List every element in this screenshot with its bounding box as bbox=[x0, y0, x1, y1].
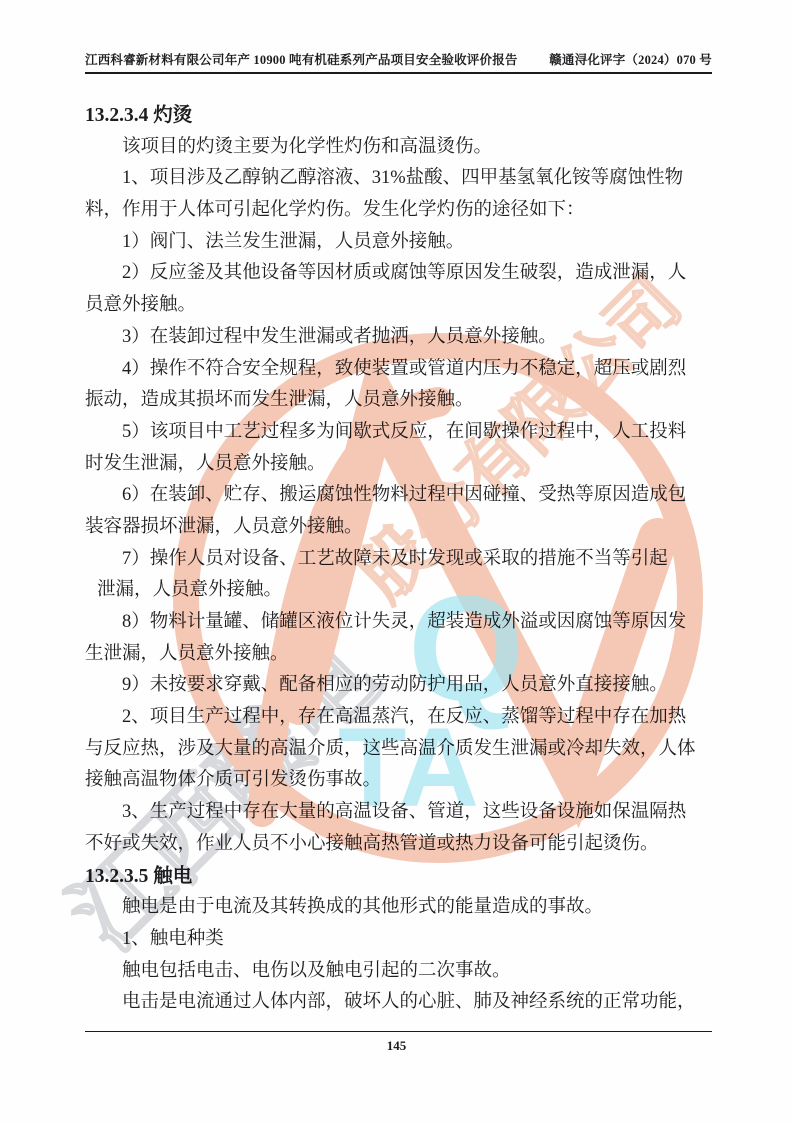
text-line: 2）反应釜及其他设备等因材质或腐蚀等原因发生破裂，造成泄漏，人 bbox=[85, 258, 745, 290]
text-line: 装容器损坏泄漏，人员意外接触。 bbox=[85, 512, 745, 544]
text-line: 1）阀门、法兰发生泄漏，人员意外接触。 bbox=[85, 227, 745, 259]
text-line: 1、触电种类 bbox=[85, 924, 745, 956]
text-line: 5）该项目中工艺过程多为间歇式反应，在间歇操作过程中，人工投料 bbox=[85, 417, 745, 449]
text-line: 2、项目生产过程中，存在高温蒸汽，在反应、蒸馏等过程中存在加热 bbox=[85, 702, 745, 734]
text-line: 接触高温物体介质可引发烫伤事故。 bbox=[85, 765, 745, 797]
text-line: 6）在装卸、贮存、搬运腐蚀性物料过程中因碰撞、受热等原因造成包 bbox=[85, 480, 745, 512]
text-line: 生泄漏，人员意外接触。 bbox=[85, 639, 745, 671]
text-line: 泄漏，人员意外接触。 bbox=[85, 575, 745, 607]
footer-divider bbox=[85, 1031, 712, 1032]
text-line: 料，作用于人体可引起化学灼伤。发生化学灼伤的途径如下： bbox=[85, 195, 745, 227]
document-page: 江西科睿新材料有限公司年产 10900 吨有机硅系列产品项目安全验收评价报告 赣… bbox=[0, 0, 793, 1122]
section-heading: 13.2.3.4 灼烫 bbox=[85, 100, 745, 132]
header-doc-number: 赣通浔化评字（2024）070 号 bbox=[549, 50, 712, 68]
text-line: 7）操作人员对设备、工艺故障未及时发现或采取的措施不当等引起 bbox=[85, 544, 745, 576]
text-line: 电击是电流通过人体内部，破坏人的心脏、肺及神经系统的正常功能， bbox=[85, 987, 745, 1019]
text-line: 员意外接触。 bbox=[85, 290, 745, 322]
text-line: 9）未按要求穿戴、配备相应的劳动防护用品，人员意外直接接触。 bbox=[85, 670, 745, 702]
page-header: 江西科睿新材料有限公司年产 10900 吨有机硅系列产品项目安全验收评价报告 赣… bbox=[85, 50, 712, 74]
text-line: 与反应热，涉及大量的高温介质，这些高温介质发生泄漏或冷却失效，人体 bbox=[85, 734, 745, 766]
page-number: 145 bbox=[0, 1038, 793, 1054]
body-text: 13.2.3.4 灼烫该项目的灼烫主要为化学性灼伤和高温烫伤。1、项目涉及乙醇钠… bbox=[85, 100, 745, 1019]
text-line: 3）在装卸过程中发生泄漏或者抛洒，人员意外接触。 bbox=[85, 322, 745, 354]
text-line: 振动，造成其损坏而发生泄漏，人员意外接触。 bbox=[85, 385, 745, 417]
text-line: 3、生产过程中存在大量的高温设备、管道，这些设备设施如保温隔热 bbox=[85, 797, 745, 829]
text-line: 1、项目涉及乙醇钠乙醇溶液、31%盐酸、四甲基氢氧化铵等腐蚀性物 bbox=[85, 163, 745, 195]
header-report-title: 江西科睿新材料有限公司年产 10900 吨有机硅系列产品项目安全验收评价报告 bbox=[85, 50, 518, 68]
section-heading: 13.2.3.5 触电 bbox=[85, 861, 745, 893]
text-line: 8）物料计量罐、储罐区液位计失灵，超装造成外溢或因腐蚀等原因发 bbox=[85, 607, 745, 639]
text-line: 触电包括电击、电伤以及触电引起的二次事故。 bbox=[85, 956, 745, 988]
text-line: 不好或失效，作业人员不小心接触高热管道或热力设备可能引起烫伤。 bbox=[85, 829, 745, 861]
text-line: 该项目的灼烫主要为化学性灼伤和高温烫伤。 bbox=[85, 132, 745, 164]
text-line: 触电是由于电流及其转换成的其他形式的能量造成的事故。 bbox=[85, 892, 745, 924]
text-line: 时发生泄漏，人员意外接触。 bbox=[85, 449, 745, 481]
text-line: 4）操作不符合安全规程，致使装置或管道内压力不稳定，超压或剧烈 bbox=[85, 354, 745, 386]
